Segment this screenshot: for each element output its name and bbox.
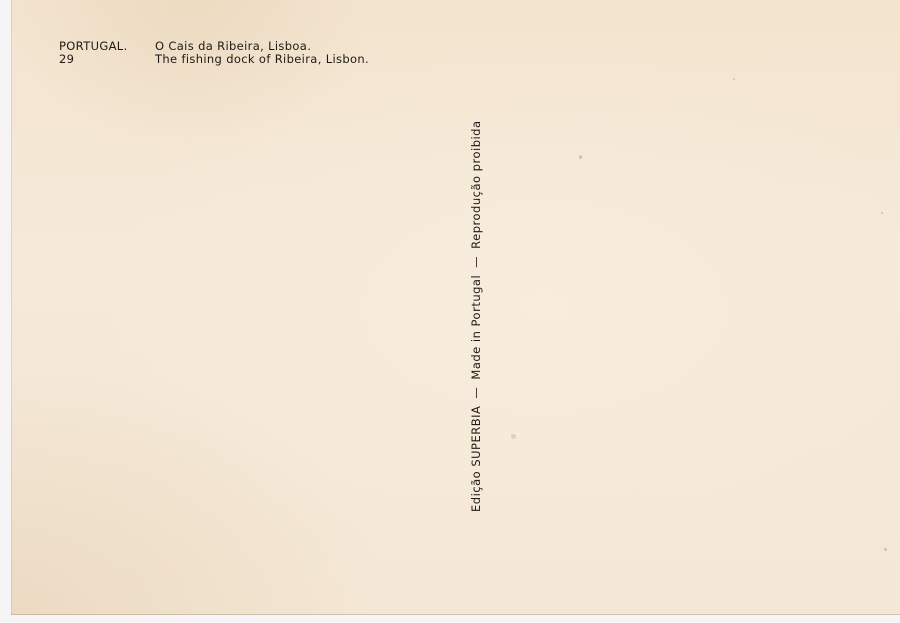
imprint-separator: — <box>469 256 483 268</box>
paper-speck <box>579 155 582 159</box>
origin-text: Made in Portugal <box>469 275 483 380</box>
paper-speck <box>733 78 735 80</box>
paper-speck <box>881 212 883 214</box>
publisher-imprint: Edição SUPERBIA—Made in Portugal—Reprodu… <box>469 120 483 512</box>
publisher-name: Edição SUPERBIA <box>469 406 483 512</box>
postcard-caption: PORTUGAL. O Cais da Ribeira, Lisboa. 29 … <box>59 40 369 66</box>
caption-row-english: 29 The fishing dock of Ribeira, Lisbon. <box>59 53 369 66</box>
postcard-back: PORTUGAL. O Cais da Ribeira, Lisboa. 29 … <box>11 0 900 615</box>
card-number: 29 <box>59 53 155 66</box>
title-english: The fishing dock of Ribeira, Lisbon. <box>155 53 369 66</box>
paper-speck <box>511 434 516 439</box>
paper-speck <box>884 548 887 551</box>
scan-background: PORTUGAL. O Cais da Ribeira, Lisboa. 29 … <box>0 0 900 623</box>
rights-text: Reprodução proibida <box>469 120 483 248</box>
imprint-separator: — <box>469 387 483 399</box>
